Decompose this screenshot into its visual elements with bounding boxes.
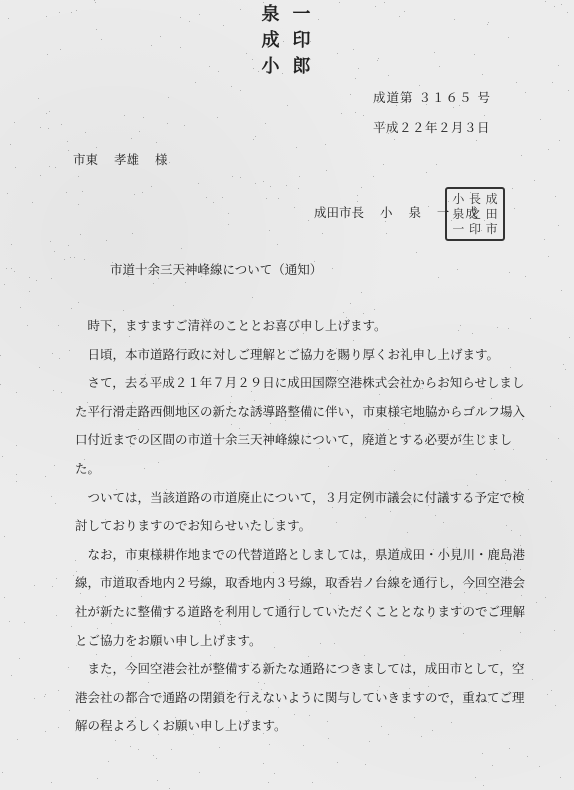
scan-speckle [341, 559, 342, 560]
scan-speckle [459, 105, 460, 106]
scan-speckle [318, 407, 319, 408]
scan-speckle [98, 608, 99, 609]
scan-speckle [89, 472, 90, 473]
scan-speckle [131, 496, 132, 497]
scan-speckle [133, 584, 134, 585]
scan-speckle [308, 666, 309, 667]
scan-speckle [278, 707, 279, 708]
scan-speckle [540, 119, 541, 120]
scan-speckle [388, 429, 389, 430]
scan-speckle [76, 571, 77, 572]
scan-speckle [327, 721, 328, 722]
scan-speckle [169, 788, 170, 789]
scan-speckle [404, 655, 405, 656]
scan-speckle [558, 65, 559, 66]
scan-speckle [405, 547, 406, 548]
scan-speckle [483, 785, 484, 786]
scan-speckle [384, 2, 385, 3]
scan-speckle [19, 658, 20, 659]
scan-speckle [420, 388, 421, 389]
scan-speckle [180, 47, 181, 48]
scan-speckle [456, 547, 457, 548]
scan-speckle [487, 24, 488, 25]
scan-speckle [44, 696, 45, 697]
scan-speckle [460, 325, 461, 326]
scan-speckle [175, 717, 176, 718]
scan-speckle [6, 268, 7, 269]
scan-speckle [181, 248, 182, 249]
scan-speckle [128, 276, 129, 277]
scan-speckle [130, 746, 131, 747]
scan-speckle [59, 358, 60, 359]
scan-speckle [56, 615, 57, 616]
scan-speckle [50, 241, 51, 242]
scan-speckle [151, 186, 152, 187]
scan-speckle [476, 474, 477, 475]
scan-speckle [567, 12, 568, 13]
scan-speckle [16, 481, 17, 482]
scan-speckle [27, 325, 28, 326]
scan-speckle [551, 690, 552, 691]
scan-speckle [68, 245, 69, 246]
seal-char: 一 [450, 221, 467, 236]
scan-speckle [231, 86, 232, 87]
scan-speckle [453, 107, 454, 108]
scan-speckle [68, 150, 69, 151]
scan-speckle [52, 353, 53, 354]
scan-speckle [355, 112, 356, 113]
scan-speckle [328, 466, 329, 467]
scan-speckle [14, 122, 15, 123]
scan-speckle [273, 572, 274, 573]
scan-speckle [280, 323, 281, 324]
scan-speckle [343, 312, 344, 313]
scan-speckle [369, 741, 370, 742]
scan-speckle [201, 276, 202, 277]
scan-speckle [488, 702, 489, 703]
scan-speckle [185, 282, 186, 283]
scan-speckle [563, 364, 564, 365]
scan-speckle [40, 127, 41, 128]
scan-speckle [308, 220, 309, 221]
scan-speckle [361, 187, 362, 188]
scan-speckle [58, 727, 59, 728]
scan-speckle [45, 694, 46, 695]
scan-speckle [142, 192, 143, 193]
scan-speckle [34, 585, 35, 586]
scan-speckle [95, 2, 96, 3]
scan-speckle [209, 66, 210, 67]
scan-speckle [520, 535, 521, 536]
scan-speckle [505, 480, 506, 481]
scan-speckle [2, 456, 3, 457]
scan-speckle [426, 104, 427, 105]
scan-speckle [36, 280, 37, 281]
scan-speckle [474, 587, 475, 588]
scan-speckle [334, 609, 335, 610]
scan-speckle [393, 582, 394, 583]
scan-speckle [55, 167, 56, 168]
scan-speckle [285, 420, 286, 421]
scan-speckle [341, 113, 342, 114]
scan-speckle [261, 689, 262, 690]
scan-speckle [312, 385, 313, 386]
scan-speckle [155, 605, 156, 606]
scan-speckle [132, 233, 133, 234]
scan-speckle [285, 555, 286, 556]
seal-char: 成 [483, 192, 500, 207]
scan-speckle [160, 385, 161, 386]
scan-speckle [253, 139, 254, 140]
scan-speckle [555, 196, 556, 197]
scan-speckle [558, 225, 559, 226]
scan-speckle [428, 686, 429, 687]
seal-char: 一 [286, 0, 317, 26]
scan-speckle [8, 18, 9, 19]
scan-speckle [173, 305, 174, 306]
registration-seal-stamp: 泉 一 成 印 小 郎 [255, 0, 317, 68]
scan-speckle [134, 194, 135, 195]
scan-speckle [78, 176, 79, 177]
letter-body: 時下，ますますご清祥のこととお喜び申し上げます。 日頃，本市道路行政に対しご理解… [75, 312, 530, 741]
scan-speckle [216, 728, 217, 729]
scan-speckle [158, 278, 159, 279]
scan-speckle [7, 193, 8, 194]
scan-speckle [428, 206, 429, 207]
scanned-letter-page: 泉 一 成 印 小 郎 成道第 ３１６５ 号 平成２２年２月３日 市東 孝雄 様… [0, 0, 574, 790]
scan-speckle [32, 202, 33, 203]
scan-speckle [156, 636, 157, 637]
scan-speckle [240, 434, 241, 435]
scan-speckle [521, 155, 522, 156]
scan-speckle [550, 406, 551, 407]
scan-speckle [508, 328, 509, 329]
scan-speckle [138, 429, 139, 430]
scan-speckle [330, 593, 331, 594]
scan-speckle [111, 623, 112, 624]
scan-speckle [378, 121, 379, 122]
seal-char: 市 [483, 221, 500, 236]
scan-speckle [481, 230, 482, 231]
scan-speckle [474, 54, 475, 55]
scan-speckle [385, 221, 386, 222]
scan-speckle [46, 16, 47, 17]
scan-speckle [409, 688, 410, 689]
scan-speckle [479, 590, 480, 591]
scan-speckle [552, 82, 553, 83]
scan-speckle [368, 559, 369, 560]
scan-speckle [219, 621, 220, 622]
seal-char: 印 [286, 26, 317, 52]
scan-speckle [74, 257, 75, 258]
scan-speckle [521, 595, 522, 596]
scan-speckle [115, 575, 116, 576]
scan-speckle [447, 547, 448, 548]
scan-speckle [129, 336, 130, 337]
seal-char: 成 [255, 26, 286, 52]
seal-char: 長 [467, 192, 484, 207]
scan-speckle [365, 764, 366, 765]
scan-speckle [296, 147, 297, 148]
scan-speckle [561, 4, 562, 5]
scan-speckle [421, 736, 422, 737]
scan-speckle [568, 90, 569, 91]
scan-speckle [240, 9, 241, 10]
scan-speckle [203, 519, 204, 520]
scan-speckle [136, 698, 137, 699]
scan-speckle [394, 139, 395, 140]
scan-speckle [16, 392, 17, 393]
scan-speckle [231, 424, 232, 425]
scan-speckle [559, 140, 560, 141]
scan-speckle [274, 647, 275, 648]
scan-speckle [278, 198, 279, 199]
scan-speckle [308, 433, 309, 434]
scan-speckle [252, 59, 253, 60]
scan-speckle [124, 115, 125, 116]
scan-speckle [48, 128, 49, 129]
scan-speckle [350, 94, 351, 95]
scan-speckle [69, 710, 70, 711]
scan-speckle [358, 68, 359, 69]
scan-speckle [14, 271, 15, 272]
scan-speckle [198, 183, 199, 184]
scan-speckle [476, 140, 477, 141]
scan-speckle [292, 326, 293, 327]
scan-speckle [16, 474, 17, 475]
scan-speckle [258, 347, 259, 348]
scan-speckle [545, 1, 546, 2]
scan-speckle [220, 624, 221, 625]
scan-speckle [69, 350, 70, 351]
scan-speckle [75, 560, 76, 561]
scan-speckle [385, 124, 386, 125]
scan-speckle [4, 536, 5, 537]
scan-speckle [4, 284, 5, 285]
scan-speckle [38, 98, 39, 99]
scan-speckle [4, 597, 5, 598]
scan-speckle [528, 489, 529, 490]
scan-speckle [365, 517, 366, 518]
scan-speckle [416, 252, 417, 253]
scan-speckle [554, 630, 555, 631]
scan-speckle [258, 71, 259, 72]
scan-speckle [475, 777, 476, 778]
scan-speckle [29, 291, 30, 292]
scan-speckle [288, 350, 289, 351]
scan-speckle [29, 277, 30, 278]
scan-speckle [314, 261, 315, 262]
scan-speckle [411, 504, 412, 505]
scan-speckle [328, 738, 329, 739]
paragraph-alternate-route: なお，市東様耕作地までの代替道路としましては，県道成田・小見川・鹿島港線，市道取… [75, 541, 530, 655]
scan-speckle [520, 545, 521, 546]
scan-speckle [199, 14, 200, 15]
scan-speckle [287, 105, 288, 106]
scan-speckle [270, 186, 271, 187]
scan-speckle [453, 559, 454, 560]
scan-speckle [560, 777, 561, 778]
scan-speckle [17, 739, 18, 740]
scan-speckle [198, 555, 199, 556]
scan-speckle [198, 498, 199, 499]
scan-speckle [189, 21, 190, 22]
scan-speckle [509, 272, 510, 273]
scan-speckle [156, 142, 157, 143]
paragraph-greeting: 時下，ますますご清祥のこととお喜び申し上げます。 [75, 312, 530, 341]
scan-speckle [326, 170, 327, 171]
scan-speckle [137, 570, 138, 571]
scan-speckle [404, 11, 405, 12]
scan-speckle [223, 25, 224, 26]
scan-speckle [71, 308, 72, 309]
scan-speckle [276, 7, 277, 8]
scan-speckle [361, 292, 362, 293]
scan-speckle [96, 654, 97, 655]
scan-speckle [9, 621, 10, 622]
scan-speckle [191, 265, 192, 266]
scan-speckle [153, 755, 154, 756]
scan-speckle [40, 175, 41, 176]
scan-speckle [455, 215, 456, 216]
scan-speckle [514, 208, 515, 209]
scan-speckle [46, 113, 47, 114]
scan-speckle [218, 71, 219, 72]
scan-speckle [254, 400, 255, 401]
scan-speckle [302, 406, 303, 407]
scan-speckle [520, 569, 521, 570]
scan-speckle [188, 403, 189, 404]
scan-speckle [338, 324, 339, 325]
scan-speckle [34, 698, 35, 699]
seal-char: 泉 [255, 0, 286, 26]
scan-speckle [107, 676, 108, 677]
scan-speckle [15, 167, 16, 168]
scan-speckle [251, 662, 252, 663]
scan-speckle [82, 191, 83, 192]
scan-speckle [213, 202, 214, 203]
scan-speckle [166, 489, 167, 490]
scan-speckle [73, 575, 74, 576]
scan-speckle [106, 240, 107, 241]
scan-speckle [255, 183, 256, 184]
scan-speckle [58, 690, 59, 691]
scan-speckle [71, 12, 72, 13]
recipient-name: 市東 孝雄 様 [73, 150, 167, 168]
scan-speckle [548, 149, 549, 150]
scan-speckle [0, 384, 1, 385]
scan-speckle [54, 465, 55, 466]
scan-speckle [87, 402, 88, 403]
scan-speckle [350, 303, 351, 304]
scan-speckle [76, 10, 77, 11]
scan-speckle [451, 220, 452, 221]
seal-char: 印 [467, 221, 484, 236]
scan-speckle [513, 449, 514, 450]
scan-speckle [228, 213, 229, 214]
scan-speckle [47, 54, 48, 55]
scan-speckle [419, 85, 420, 86]
scan-speckle [277, 244, 278, 245]
scan-speckle [525, 276, 526, 277]
scan-speckle [264, 683, 265, 684]
scan-speckle [377, 690, 378, 691]
scan-speckle [299, 176, 300, 177]
scan-speckle [399, 16, 400, 17]
scan-speckle [407, 532, 408, 533]
scan-speckle [434, 52, 435, 53]
scan-speckle [546, 459, 547, 460]
scan-speckle [180, 17, 181, 18]
scan-speckle [390, 511, 391, 512]
scan-speckle [217, 117, 218, 118]
paragraph-closing: また，今回空港会社が整備する新たな通路につきましては，成田市として，空港会社の都… [75, 655, 530, 741]
scan-speckle [199, 772, 200, 773]
scan-speckle [78, 302, 79, 303]
scan-speckle [108, 761, 109, 762]
scan-speckle [492, 765, 493, 766]
scan-speckle [253, 68, 254, 69]
paragraph-background: さて，去る平成２１年７月２９日に成田国際空港株式会社からお知らせしました平行滑走… [75, 369, 530, 483]
scan-speckle [488, 22, 489, 23]
scan-speckle [460, 603, 461, 604]
scan-speckle [472, 333, 473, 334]
scan-speckle [228, 224, 229, 225]
scan-speckle [123, 310, 124, 311]
scan-speckle [510, 367, 511, 368]
scan-speckle [268, 782, 269, 783]
scan-speckle [363, 115, 364, 116]
scan-speckle [219, 747, 220, 748]
scan-speckle [451, 722, 452, 723]
scan-speckle [508, 37, 509, 38]
scan-speckle [482, 74, 483, 75]
seal-char: 小 [255, 52, 286, 78]
scan-speckle [200, 695, 201, 696]
scan-speckle [67, 141, 68, 142]
scan-speckle [261, 437, 262, 438]
scan-speckle [156, 758, 157, 759]
scan-speckle [464, 592, 465, 593]
scan-speckle [388, 734, 389, 735]
scan-speckle [458, 330, 459, 331]
scan-speckle [53, 390, 54, 391]
scan-speckle [114, 416, 115, 417]
scan-speckle [394, 470, 395, 471]
scan-speckle [64, 259, 65, 260]
scan-speckle [84, 459, 85, 460]
scan-speckle [428, 505, 429, 506]
scan-speckle [565, 369, 566, 370]
scan-speckle [309, 715, 310, 716]
scan-speckle [391, 558, 392, 559]
scan-speckle [375, 6, 376, 7]
scan-speckle [386, 233, 387, 234]
scan-speckle [193, 734, 194, 735]
scan-speckle [274, 773, 275, 774]
scan-speckle [160, 36, 161, 37]
scan-speckle [558, 438, 559, 439]
scan-speckle [522, 419, 523, 420]
scan-speckle [509, 748, 510, 749]
scan-speckle [142, 381, 143, 382]
scan-speckle [273, 518, 274, 519]
scan-speckle [355, 78, 356, 79]
scan-speckle [105, 596, 106, 597]
scan-speckle [420, 126, 421, 127]
scan-speckle [132, 402, 133, 403]
scan-speckle [283, 41, 284, 42]
